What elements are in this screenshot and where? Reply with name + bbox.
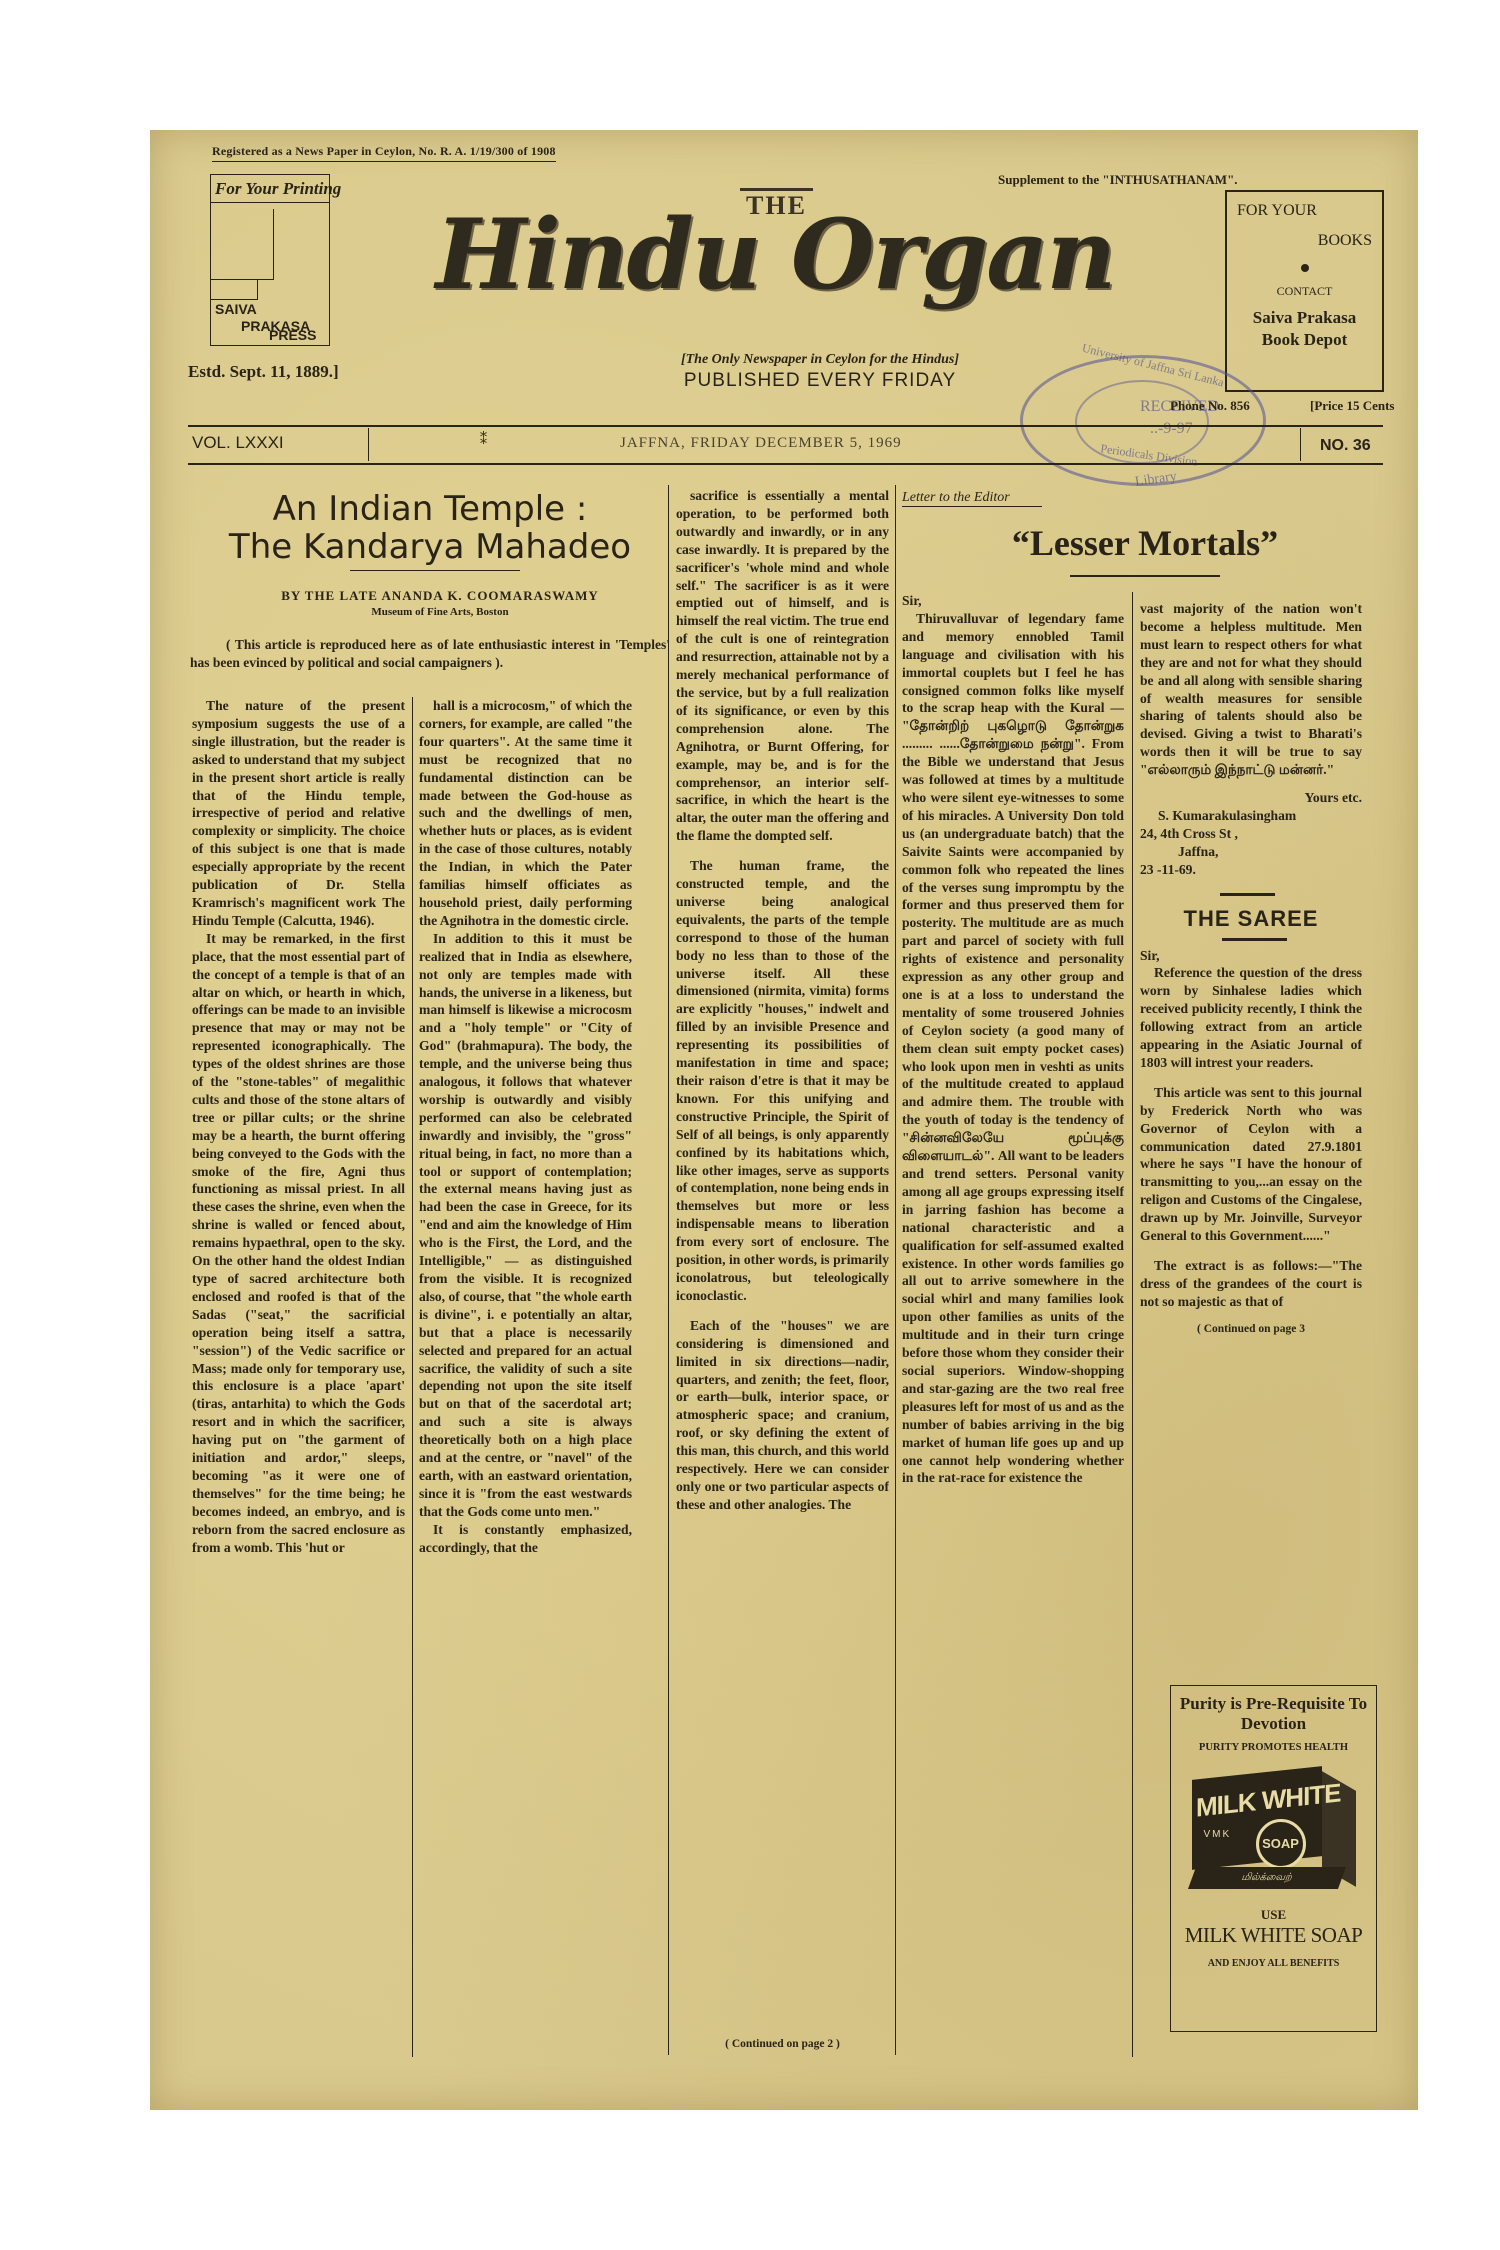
masthead-title: Hindu Organ	[405, 198, 1145, 311]
advert-subhead: PURITY PROMOTES HEALTH	[1171, 1742, 1376, 1753]
article-column-3: sacrifice is essentially a mental operat…	[676, 487, 889, 2035]
masthead-tagline: [The Only Newspaper in Ceylon for the Hi…	[610, 352, 1030, 368]
issue-number: NO. 36	[1320, 437, 1371, 455]
letter-headline: “Lesser Mortals”	[920, 522, 1370, 564]
printing-advert-line: SAIVA	[215, 301, 257, 317]
column-rule	[1132, 592, 1133, 2057]
printing-advert-box: For Your Printing SAIVA PRAKASA PRESS	[210, 174, 330, 346]
headline-rule	[1070, 575, 1220, 577]
advert-decoration	[211, 209, 274, 280]
column-rule	[412, 697, 413, 2057]
ornament-icon: ⁑	[480, 432, 487, 448]
divider	[1220, 893, 1275, 896]
letter-city: Jaffna,	[1140, 843, 1362, 861]
divider	[368, 428, 369, 461]
article-intro: ( This article is reproduced here as of …	[190, 636, 670, 672]
supplement-notice: Supplement to the "INTHUSATHANAM".	[998, 172, 1238, 188]
letter-paragraph: vast majority of the nation won't become…	[1140, 600, 1362, 779]
soap-maker: VMK	[1204, 1829, 1232, 1840]
body-paragraph: Sir,	[902, 592, 1124, 610]
body-paragraph: sacrifice is essentially a mental operat…	[676, 487, 889, 845]
established-date: Estd. Sept. 11, 1889.]	[188, 362, 339, 382]
advert-footer: AND ENJOY ALL BENEFITS	[1171, 1958, 1376, 1969]
column-rule	[668, 485, 669, 2055]
letter-paragraph: This article was sent to this journal by…	[1140, 1084, 1362, 1245]
soap-box-illustration: MILK WHITE VMK SOAP மில்க்வைற்	[1186, 1767, 1362, 1897]
letter-salutation: Sir,	[1140, 947, 1362, 965]
registration-notice: Registered as a News Paper in Ceylon, No…	[212, 144, 556, 162]
letter-column-2: vast majority of the nation won't become…	[1140, 600, 1362, 1339]
advert-product: MILK WHITE SOAP	[1171, 1923, 1376, 1948]
printing-advert-line: PRESS	[269, 327, 316, 343]
article-headline: An Indian Temple : The Kandarya Mahadeo	[190, 490, 670, 566]
saree-headline: THE SAREE	[1140, 910, 1362, 928]
body-paragraph: In addition to this it must be realized …	[419, 930, 632, 1521]
article-column-1: The nature of the present symposium sugg…	[192, 697, 405, 2057]
advert-decoration	[211, 279, 258, 300]
soap-tamil-label: மில்க்வைற்	[1187, 1867, 1345, 1889]
book-depot-advert: FOR YOUR BOOKS CONTACT Saiva PrakasaBook…	[1225, 190, 1384, 392]
continued-notice: ( Continued on page 3	[1140, 1321, 1362, 1339]
body-paragraph: Each of the "houses" we are considering …	[676, 1317, 889, 1514]
book-advert-line: FOR YOUR	[1227, 202, 1382, 220]
letter-column-1: Sir,Thiruvalluvar of legendary fame and …	[902, 592, 1124, 2057]
continued-notice: ( Continued on page 2 )	[676, 2038, 889, 2050]
letter-paragraph: The extract is as follows:—"The dress of…	[1140, 1257, 1362, 1311]
printing-advert-title: For Your Printing	[211, 175, 329, 203]
letter-signer: S. Kumarakulasingham	[1140, 807, 1362, 825]
divider	[1300, 428, 1301, 461]
headline-line: An Indian Temple :	[190, 490, 670, 528]
article-byline: BY THE LATE ANANDA K. COOMARASWAMY	[190, 588, 690, 604]
masthead-rule	[188, 425, 1383, 427]
article-column-2: hall is a microcosm," of which the corne…	[419, 697, 632, 2057]
phone-number: Phone No. 856	[1170, 398, 1250, 414]
soap-advert: Purity is Pre-Requisite To Devotion PURI…	[1170, 1685, 1377, 2032]
letter-signoff: Yours etc.	[1140, 789, 1362, 807]
book-advert-name: Saiva PrakasaBook Depot	[1227, 307, 1382, 351]
volume-number: VOL. LXXXI	[192, 433, 284, 453]
dateline: JAFFNA, FRIDAY DECEMBER 5, 1969	[620, 435, 902, 452]
body-paragraph: It is constantly emphasized, accordingly…	[419, 1521, 632, 1557]
divider	[1222, 938, 1287, 941]
headline-rule	[350, 570, 520, 571]
book-advert-contact: CONTACT	[1227, 284, 1382, 299]
advert-headline: Purity is Pre-Requisite To Devotion	[1171, 1694, 1376, 1734]
author-affiliation: Museum of Fine Arts, Boston	[190, 606, 690, 618]
newspaper-page: Registered as a News Paper in Ceylon, No…	[150, 130, 1418, 2110]
price: [Price 15 Cents	[1310, 398, 1394, 414]
letter-date: 23 -11-69.	[1140, 861, 1362, 879]
book-advert-line: BOOKS	[1227, 232, 1382, 250]
masthead-rule	[188, 463, 1383, 465]
body-paragraph: The human frame, the constructed temple,…	[676, 857, 889, 1305]
letter-paragraph: Reference the question of the dress worn…	[1140, 964, 1362, 1071]
body-paragraph: The nature of the present symposium sugg…	[192, 697, 405, 930]
body-paragraph: It may be remarked, in the first place, …	[192, 930, 405, 1557]
soap-badge: SOAP	[1256, 1819, 1306, 1869]
column-rule	[895, 485, 896, 2055]
book-advert-name-line: Saiva Prakasa	[1253, 308, 1356, 327]
stamp-text: ..-9-97	[1150, 420, 1193, 438]
letter-address: 24, 4th Cross St ,	[1140, 825, 1362, 843]
advert-use: USE	[1171, 1907, 1376, 1923]
section-label: Letter to the Editor	[902, 490, 1042, 507]
headline-line: The Kandarya Mahadeo	[190, 528, 670, 566]
body-paragraph: Thiruvalluvar of legendary fame and memo…	[902, 610, 1124, 1487]
book-advert-name-line: Book Depot	[1262, 330, 1347, 349]
bullet-icon	[1301, 264, 1309, 272]
body-paragraph: hall is a microcosm," of which the corne…	[419, 697, 632, 930]
publication-frequency: PUBLISHED EVERY FRIDAY	[610, 370, 1030, 392]
